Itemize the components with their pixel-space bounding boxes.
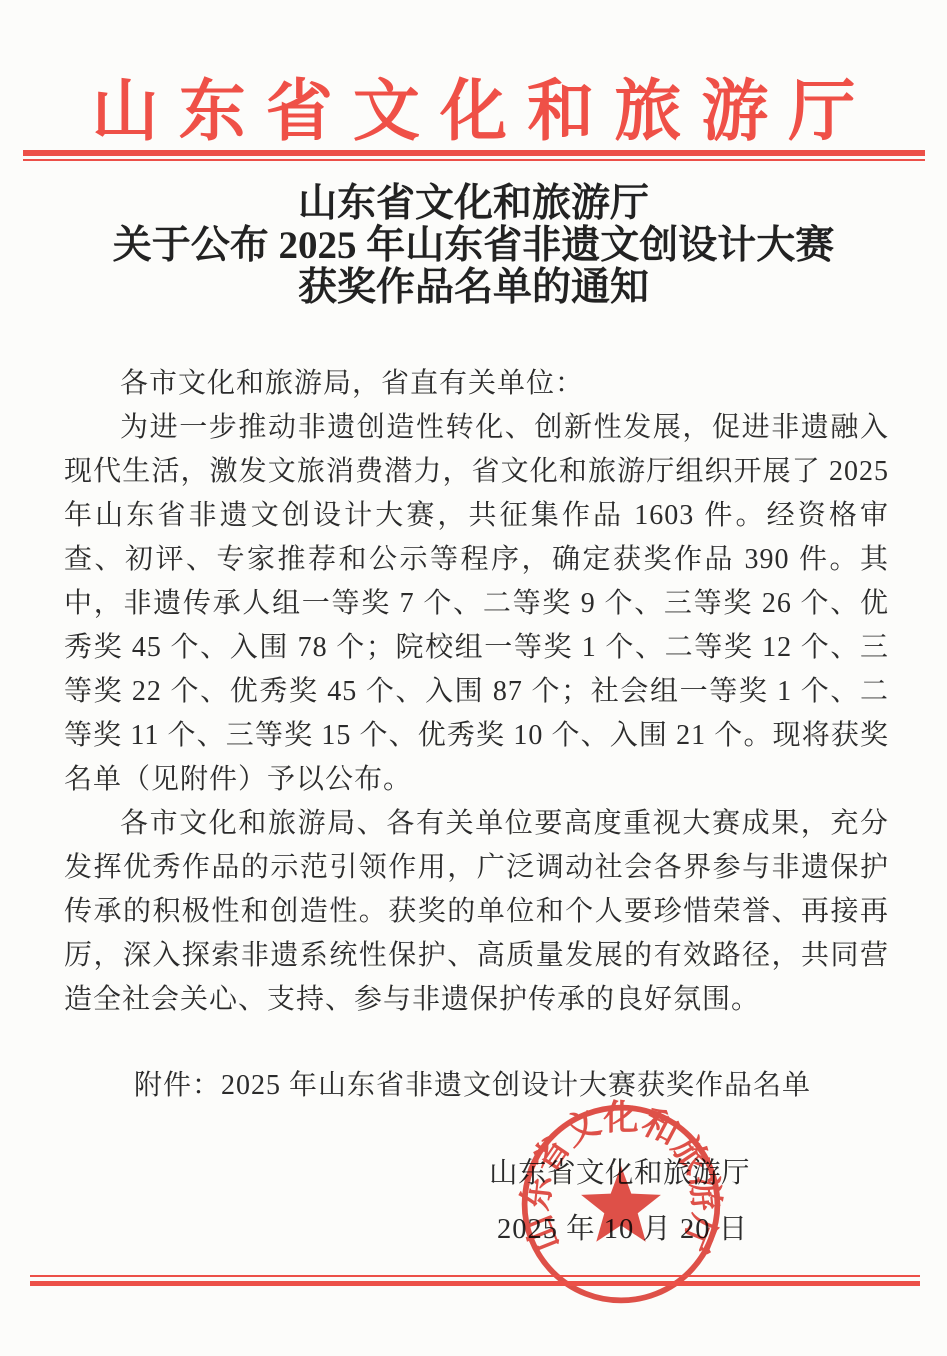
star-icon bbox=[581, 1166, 661, 1242]
document-page: 山东省文化和旅游厅 山东省文化和旅游厅 关于公布 2025 年山东省非遗文创设计… bbox=[0, 0, 947, 1356]
salutation-line: 各市文化和旅游局，省直有关单位： bbox=[64, 362, 889, 406]
red-separator-bottom bbox=[30, 1275, 920, 1286]
separator-thick-rule bbox=[23, 150, 925, 156]
document-body: 各市文化和旅游局，省直有关单位： 为进一步推动非遗创造性转化、创新性发展，促进非… bbox=[64, 362, 889, 1022]
masthead-agency-name: 山东省文化和旅游厅 bbox=[0, 58, 947, 154]
document-title-line-2: 关于公布 2025 年山东省非遗文创设计大赛 bbox=[0, 225, 947, 267]
separator-thick-rule bbox=[30, 1281, 920, 1286]
document-title-line-3: 获奖作品名单的通知 bbox=[0, 267, 947, 309]
attachment-line: 附件：2025 年山东省非遗文创设计大赛获奖作品名单 bbox=[64, 1064, 889, 1108]
separator-thin-rule bbox=[30, 1275, 920, 1277]
red-separator-top bbox=[23, 150, 925, 161]
document-title-line-1: 山东省文化和旅游厅 bbox=[0, 183, 947, 225]
separator-thin-rule bbox=[23, 159, 925, 161]
body-paragraph-2: 各市文化和旅游局、各有关单位要高度重视大赛成果，充分发挥优秀作品的示范引领作用，… bbox=[64, 802, 889, 1022]
body-paragraph-1: 为进一步推动非遗创造性转化、创新性发展，促进非遗融入现代生活，激发文旅消费潜力，… bbox=[64, 406, 889, 802]
document-title: 山东省文化和旅游厅 关于公布 2025 年山东省非遗文创设计大赛 获奖作品名单的… bbox=[0, 183, 947, 309]
